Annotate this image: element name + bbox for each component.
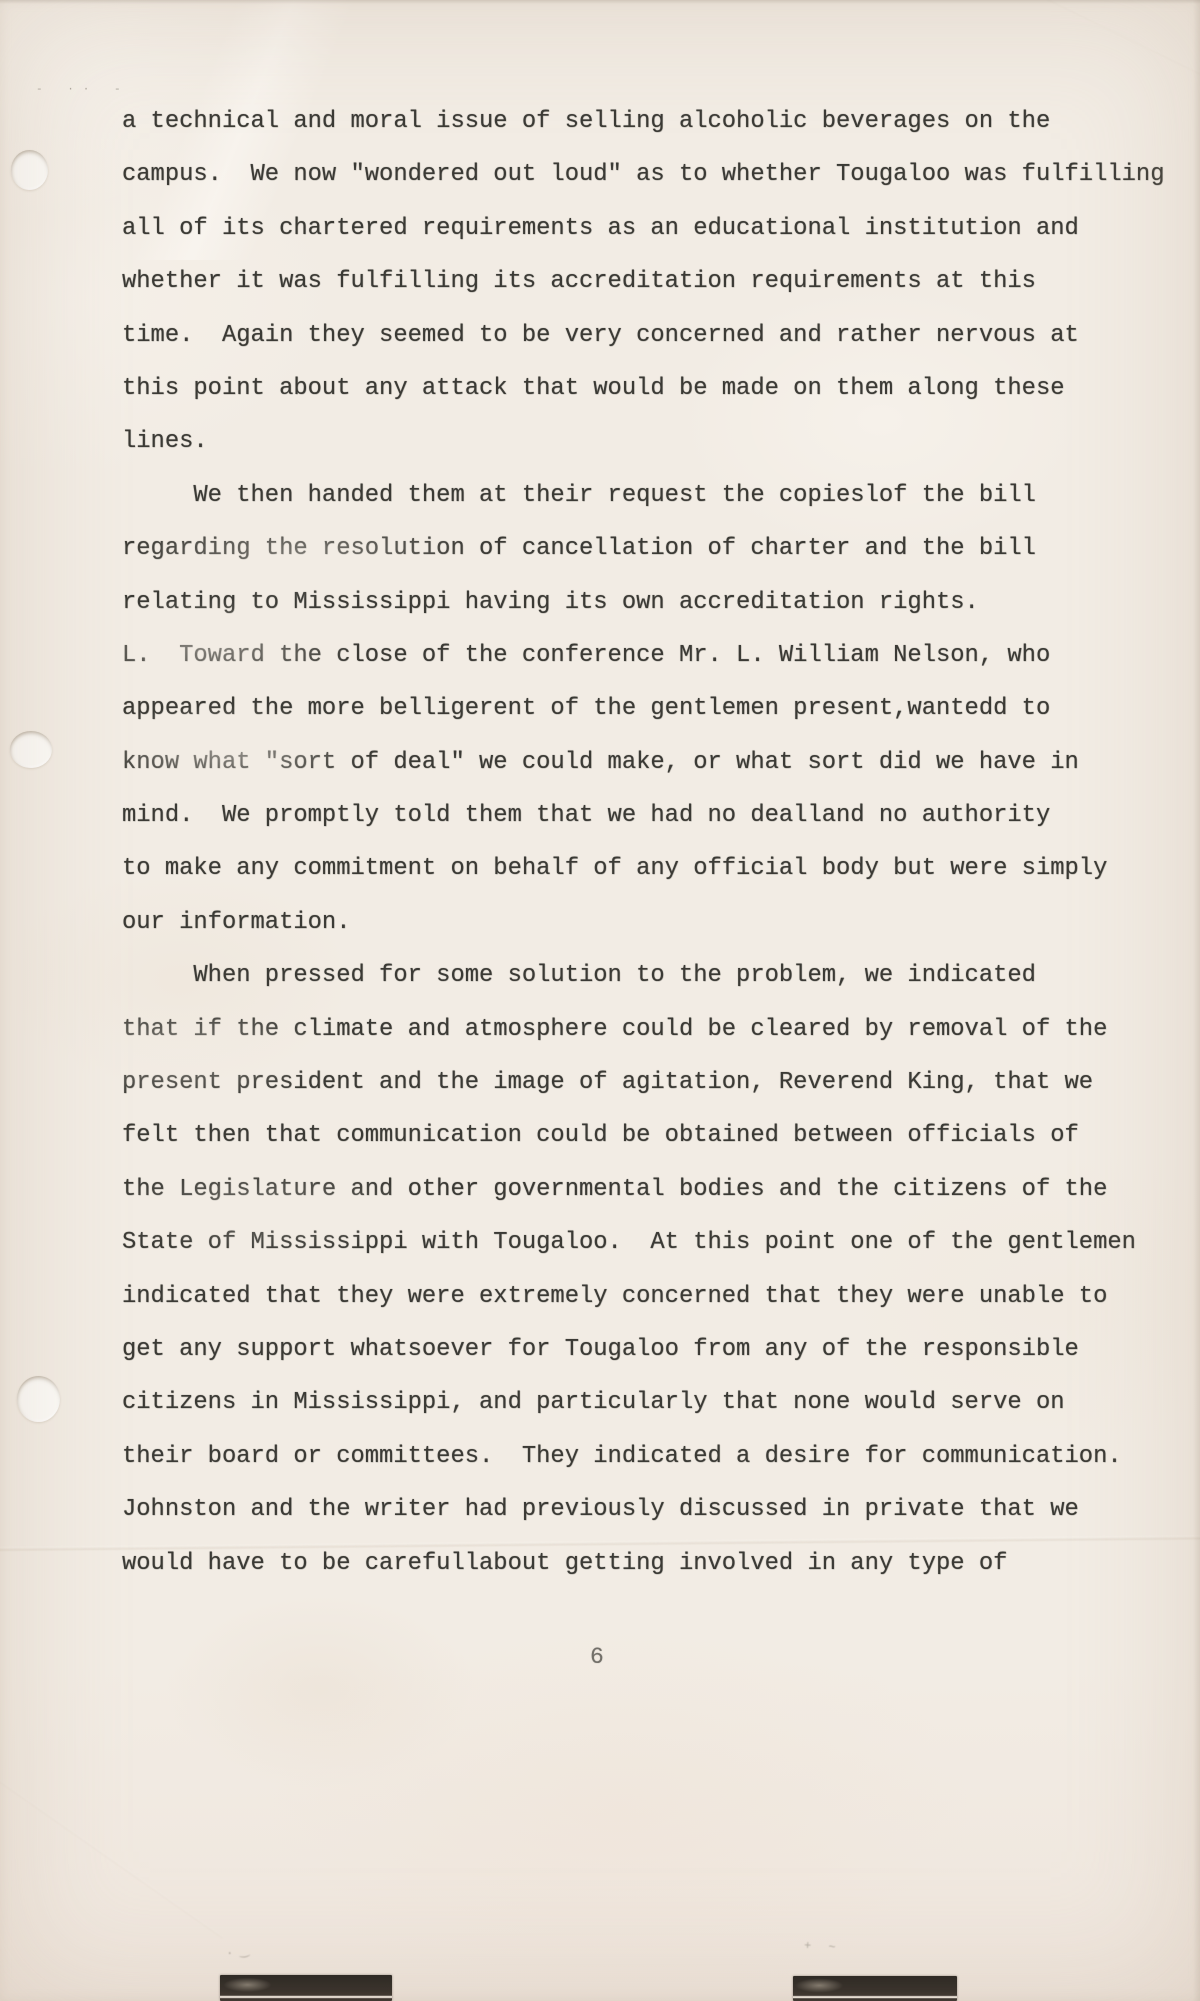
text-line: indicated that they were extremely conce… (122, 1270, 1164, 1323)
text-line: relating to Mississippi having its own a… (122, 576, 1164, 629)
page-number: 6 (590, 1644, 604, 1670)
text-line: the Legislature and other governmental b… (122, 1163, 1164, 1216)
typewritten-text-block: a technical and moral issue of selling a… (122, 95, 1164, 1590)
bottom-paper-tint (0, 1661, 1200, 2001)
text-line: mind. We promptly told them that we had … (122, 789, 1164, 842)
paper-top-edge (0, 0, 1200, 4)
text-line: L. Toward the close of the conference Mr… (122, 629, 1164, 682)
text-line: present president and the image of agita… (122, 1056, 1164, 1109)
scanned-document-page: - ·· - a technical and moral issue of se… (0, 0, 1200, 2001)
smudge-mark-right: + ~ (804, 1939, 841, 1956)
text-line: campus. We now "wondered out loud" as to… (122, 148, 1164, 201)
smudge-mark-left: ·‿ (225, 1942, 256, 1961)
text-line: their board or committees. They indicate… (122, 1430, 1164, 1483)
text-line: citizens in Mississippi, and particularl… (122, 1376, 1164, 1429)
text-line: State of Mississippi with Tougaloo. At t… (122, 1216, 1164, 1269)
text-line: would have to be carefullabout getting i… (122, 1537, 1164, 1590)
top-right-crease (1022, 0, 1200, 98)
punch-hole-middle (10, 731, 52, 768)
text-line: a technical and moral issue of selling a… (122, 95, 1164, 148)
pencil-marks: - ·· - (36, 84, 130, 96)
text-line: that if the climate and atmosphere could… (122, 1003, 1164, 1056)
punch-hole-bottom (17, 1376, 60, 1422)
ink-bar-right (793, 1976, 957, 2001)
text-line: to make any commitment on behalf of any … (122, 842, 1164, 895)
text-line: know what "sort of deal" we could make, … (122, 736, 1164, 789)
text-line: this point about any attack that would b… (122, 362, 1164, 415)
text-line: appeared the more belligerent of the gen… (122, 682, 1164, 735)
text-line: whether it was fulfilling its accreditat… (122, 255, 1164, 308)
text-line: our information. (122, 896, 1164, 949)
text-line: lines. (122, 415, 1164, 468)
text-line: felt then that communication could be ob… (122, 1109, 1164, 1162)
ink-bar-left (220, 1975, 392, 2001)
text-line: When pressed for some solution to the pr… (122, 949, 1164, 1002)
text-line: We then handed them at their request the… (122, 469, 1164, 522)
text-line: time. Again they seemed to be very conce… (122, 309, 1164, 362)
text-line: get any support whatsoever for Tougaloo … (122, 1323, 1164, 1376)
paper-right-edge (1193, 0, 1200, 2001)
text-line: Johnston and the writer had previously d… (122, 1483, 1164, 1536)
text-line: all of its chartered requirements as an … (122, 202, 1164, 255)
text-line: regarding the resolution of cancellation… (122, 522, 1164, 575)
bottom-left-crease (0, 1764, 224, 1939)
punch-hole-top (11, 150, 48, 190)
